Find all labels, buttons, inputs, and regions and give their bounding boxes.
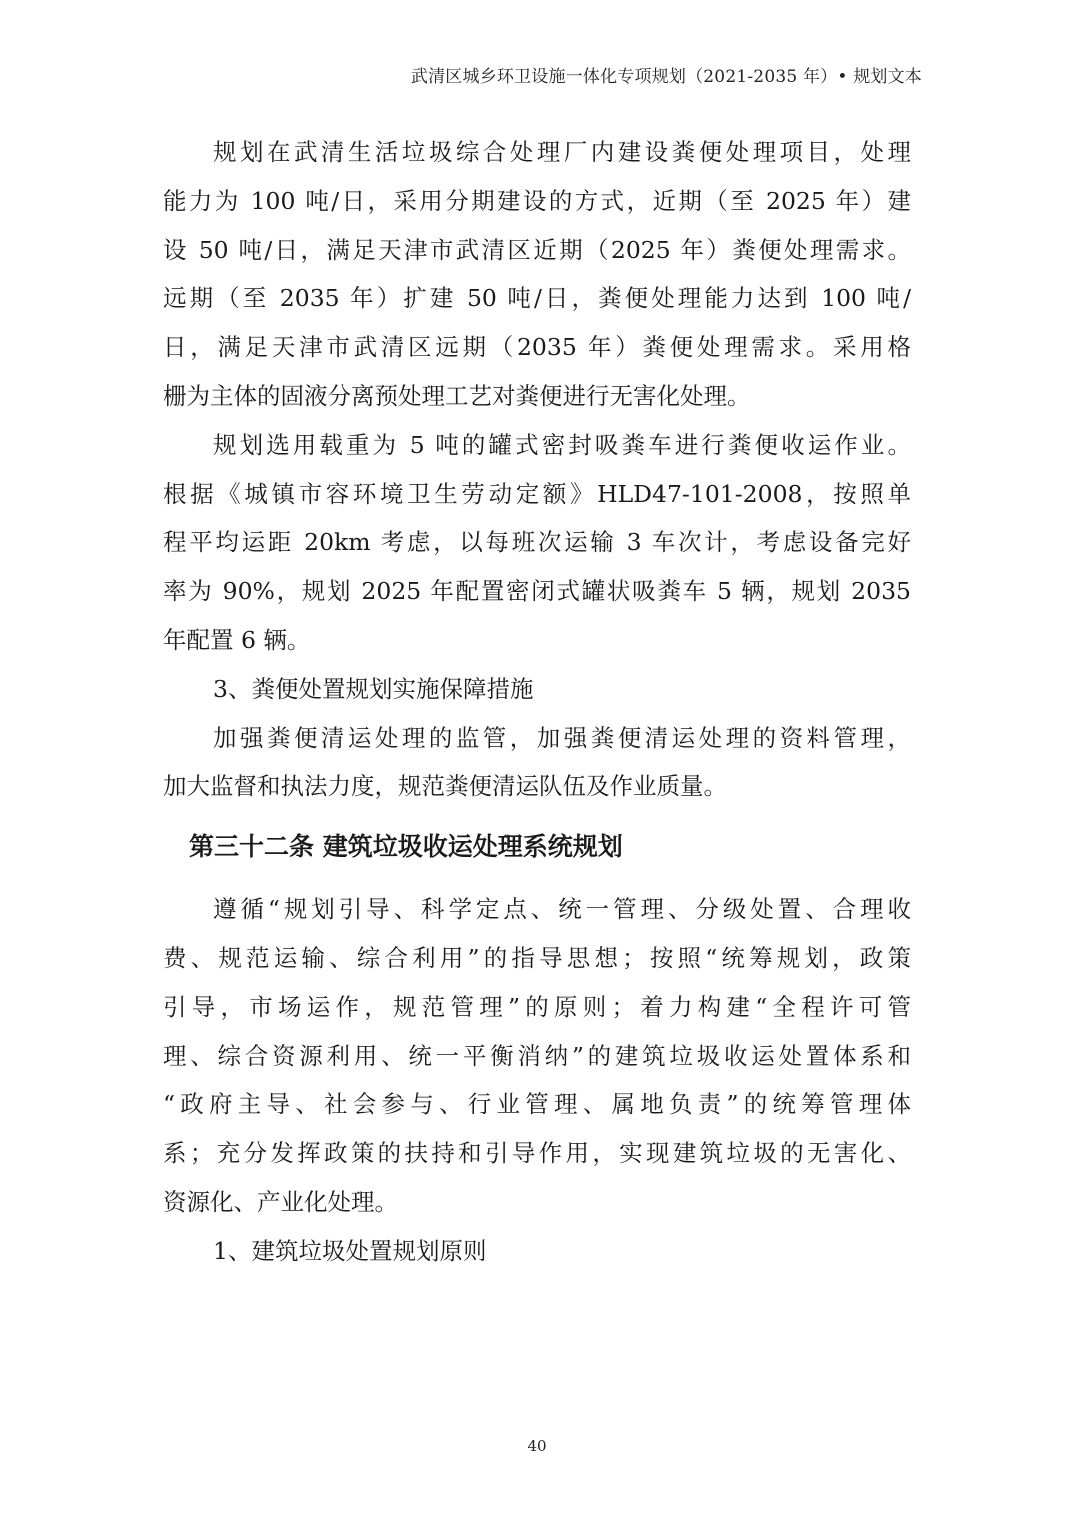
subsection-title: 3、粪便处置规划实施保障措施 — [163, 665, 911, 714]
text-line: 栅为主体的固液分离预处理工艺对粪便进行无害化处理。 — [163, 372, 911, 421]
subsection-title: 1、建筑垃圾处置规划原则 — [163, 1227, 911, 1276]
text-line: 系；充分发挥政策的扶持和引导作用，实现建筑垃圾的无害化、 — [163, 1129, 911, 1178]
paragraph: 遵循“规划引导、科学定点、统一管理、分级处置、合理收 费、规范运输、综合利用”的… — [163, 885, 911, 1227]
paragraph: 规划选用载重为 5 吨的罐式密封吸粪车进行粪便收运作业。 根据《城镇市容环境卫生… — [163, 421, 911, 665]
text-line: 率为 90%，规划 2025 年配置密闭式罐状吸粪车 5 辆，规划 2035 — [163, 567, 911, 616]
text-line: 引导，市场运作，规范管理”的原则；着力构建“全程许可管 — [163, 983, 911, 1032]
text-line: 远期（至 2035 年）扩建 50 吨/日，粪便处理能力达到 100 吨/ — [163, 274, 911, 323]
text-line: 日，满足天津市武清区远期（2035 年）粪便处理需求。采用格 — [163, 323, 911, 372]
section-heading: 第三十二条 建筑垃圾收运处理系统规划 — [163, 815, 911, 879]
text-line: 加大监督和执法力度，规范粪便清运队伍及作业质量。 — [163, 762, 911, 811]
text-line: “政府主导、社会参与、行业管理、属地负责”的统筹管理体 — [163, 1080, 911, 1129]
page-number: 40 — [0, 1437, 1074, 1455]
text-line: 规划在武清生活垃圾综合处理厂内建设粪便处理项目，处理 — [163, 128, 911, 177]
paragraph: 规划在武清生活垃圾综合处理厂内建设粪便处理项目，处理 能力为 100 吨/日，采… — [163, 128, 911, 421]
text-line: 年配置 6 辆。 — [163, 616, 911, 665]
text-line: 加强粪便清运处理的监管，加强粪便清运处理的资料管理， — [163, 714, 911, 763]
text-line: 资源化、产业化处理。 — [163, 1178, 911, 1227]
running-header: 武清区城乡环卫设施一体化专项规划（2021-2035 年）• 规划文本 — [411, 62, 922, 87]
text-line: 设 50 吨/日，满足天津市武清区近期（2025 年）粪便处理需求。 — [163, 226, 911, 275]
paragraph: 加强粪便清运处理的监管，加强粪便清运处理的资料管理， 加大监督和执法力度，规范粪… — [163, 714, 911, 812]
text-line: 规划选用载重为 5 吨的罐式密封吸粪车进行粪便收运作业。 — [163, 421, 911, 470]
text-line: 能力为 100 吨/日，采用分期建设的方式，近期（至 2025 年）建 — [163, 177, 911, 226]
text-line: 程平均运距 20km 考虑，以每班次运输 3 车次计，考虑设备完好 — [163, 518, 911, 567]
text-line: 遵循“规划引导、科学定点、统一管理、分级处置、合理收 — [163, 885, 911, 934]
text-line: 费、规范运输、综合利用”的指导思想；按照“统筹规划，政策 — [163, 934, 911, 983]
text-line: 理、综合资源利用、统一平衡消纳”的建筑垃圾收运处置体系和 — [163, 1032, 911, 1081]
text-line: 3、粪便处置规划实施保障措施 — [163, 665, 911, 714]
text-line: 根据《城镇市容环境卫生劳动定额》HLD47-101-2008，按照单 — [163, 470, 911, 519]
text-line: 1、建筑垃圾处置规划原则 — [163, 1227, 911, 1276]
document-body: 规划在武清生活垃圾综合处理厂内建设粪便处理项目，处理 能力为 100 吨/日，采… — [163, 128, 911, 1276]
